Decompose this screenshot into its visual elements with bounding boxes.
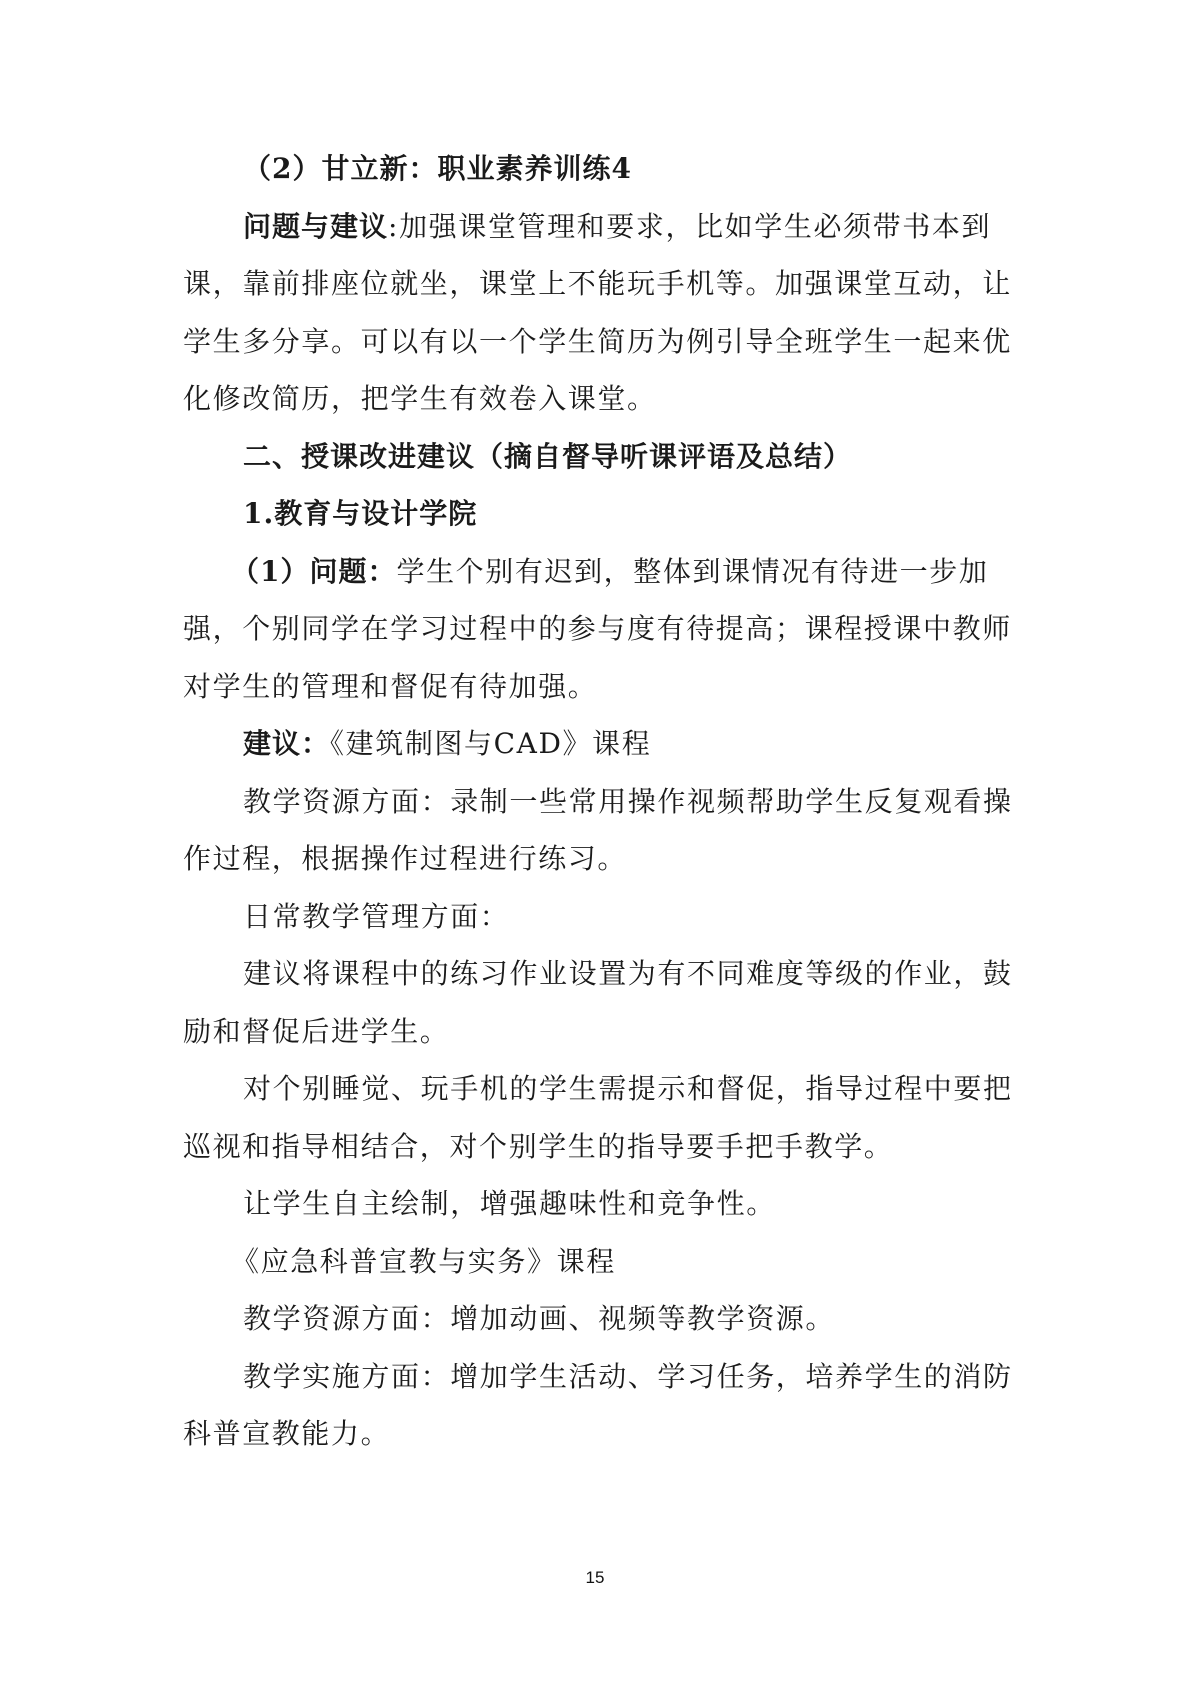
issue-suggestion-separator: : bbox=[388, 210, 399, 243]
issue-suggestion-text: 加强课堂管理和要求，比如学生必须带书本到 bbox=[399, 210, 991, 243]
section-heading: 二、授课改进建议（摘自督导听课评语及总结） bbox=[183, 428, 1013, 486]
issue-suggestion-first-line: 问题与建议:加强课堂管理和要求，比如学生必须带书本到 bbox=[183, 198, 1013, 256]
paragraph-line: 对个别睡觉、玩手机的学生需提示和督促，指导过程中要把 bbox=[183, 1060, 1013, 1118]
paragraph-line: 科普宣教能力。 bbox=[183, 1405, 1013, 1463]
paragraph-line: 巡视和指导相结合，对个别学生的指导要手把手教学。 bbox=[183, 1118, 1013, 1176]
course-title-cad: 《建筑制图与CAD》课程 bbox=[330, 727, 651, 760]
paragraph-line: 学生多分享。可以有以一个学生简历为例引导全班学生一起来优 bbox=[183, 313, 1013, 371]
paragraph-line: 教学资源方面：增加动画、视频等教学资源。 bbox=[183, 1290, 1013, 1348]
document-page: （2）甘立新：职业素养训练4 问题与建议:加强课堂管理和要求，比如学生必须带书本… bbox=[0, 0, 1190, 1683]
paragraph-line: 教学实施方面：增加学生活动、学习任务，培养学生的消防 bbox=[183, 1348, 1013, 1406]
issue-suggestion-label: 问题与建议 bbox=[243, 210, 388, 243]
problem-text: 学生个别有迟到，整体到课情况有待进一步加 bbox=[396, 555, 988, 588]
paragraph-line: 教学资源方面：录制一些常用操作视频帮助学生反复观看操 bbox=[183, 773, 1013, 831]
paragraph-line: 励和督促后进学生。 bbox=[183, 1003, 1013, 1061]
paragraph-line: 让学生自主绘制，增强趣味性和竞争性。 bbox=[183, 1175, 1013, 1233]
problem-label: （1）问题： bbox=[231, 555, 396, 588]
problem-first-line: （1）问题：学生个别有迟到，整体到课情况有待进一步加 bbox=[183, 543, 1013, 601]
paragraph-line: 作过程，根据操作过程进行练习。 bbox=[183, 830, 1013, 888]
paragraph-line: 课，靠前排座位就坐，课堂上不能玩手机等。加强课堂互动，让 bbox=[183, 255, 1013, 313]
teacher-course-heading: （2）甘立新：职业素养训练4 bbox=[183, 140, 1013, 198]
suggestion-cad-line: 建议：《建筑制图与CAD》课程 bbox=[183, 715, 1013, 773]
paragraph-line: 强，个别同学在学习过程中的参与度有待提高；课程授课中教师 bbox=[183, 600, 1013, 658]
course-title-emergency: 《应急科普宣教与实务》课程 bbox=[183, 1233, 1013, 1291]
suggestion-label: 建议： bbox=[243, 727, 330, 760]
paragraph-line: 化修改简历，把学生有效卷入课堂。 bbox=[183, 370, 1013, 428]
page-number: 15 bbox=[0, 1568, 1190, 1588]
daily-management-heading: 日常教学管理方面： bbox=[183, 888, 1013, 946]
paragraph-line: 建议将课程中的练习作业设置为有不同难度等级的作业，鼓 bbox=[183, 945, 1013, 1003]
paragraph-line: 对学生的管理和督促有待加强。 bbox=[183, 658, 1013, 716]
college-heading: 1.教育与设计学院 bbox=[183, 485, 1013, 543]
document-body: （2）甘立新：职业素养训练4 问题与建议:加强课堂管理和要求，比如学生必须带书本… bbox=[183, 140, 1013, 1463]
